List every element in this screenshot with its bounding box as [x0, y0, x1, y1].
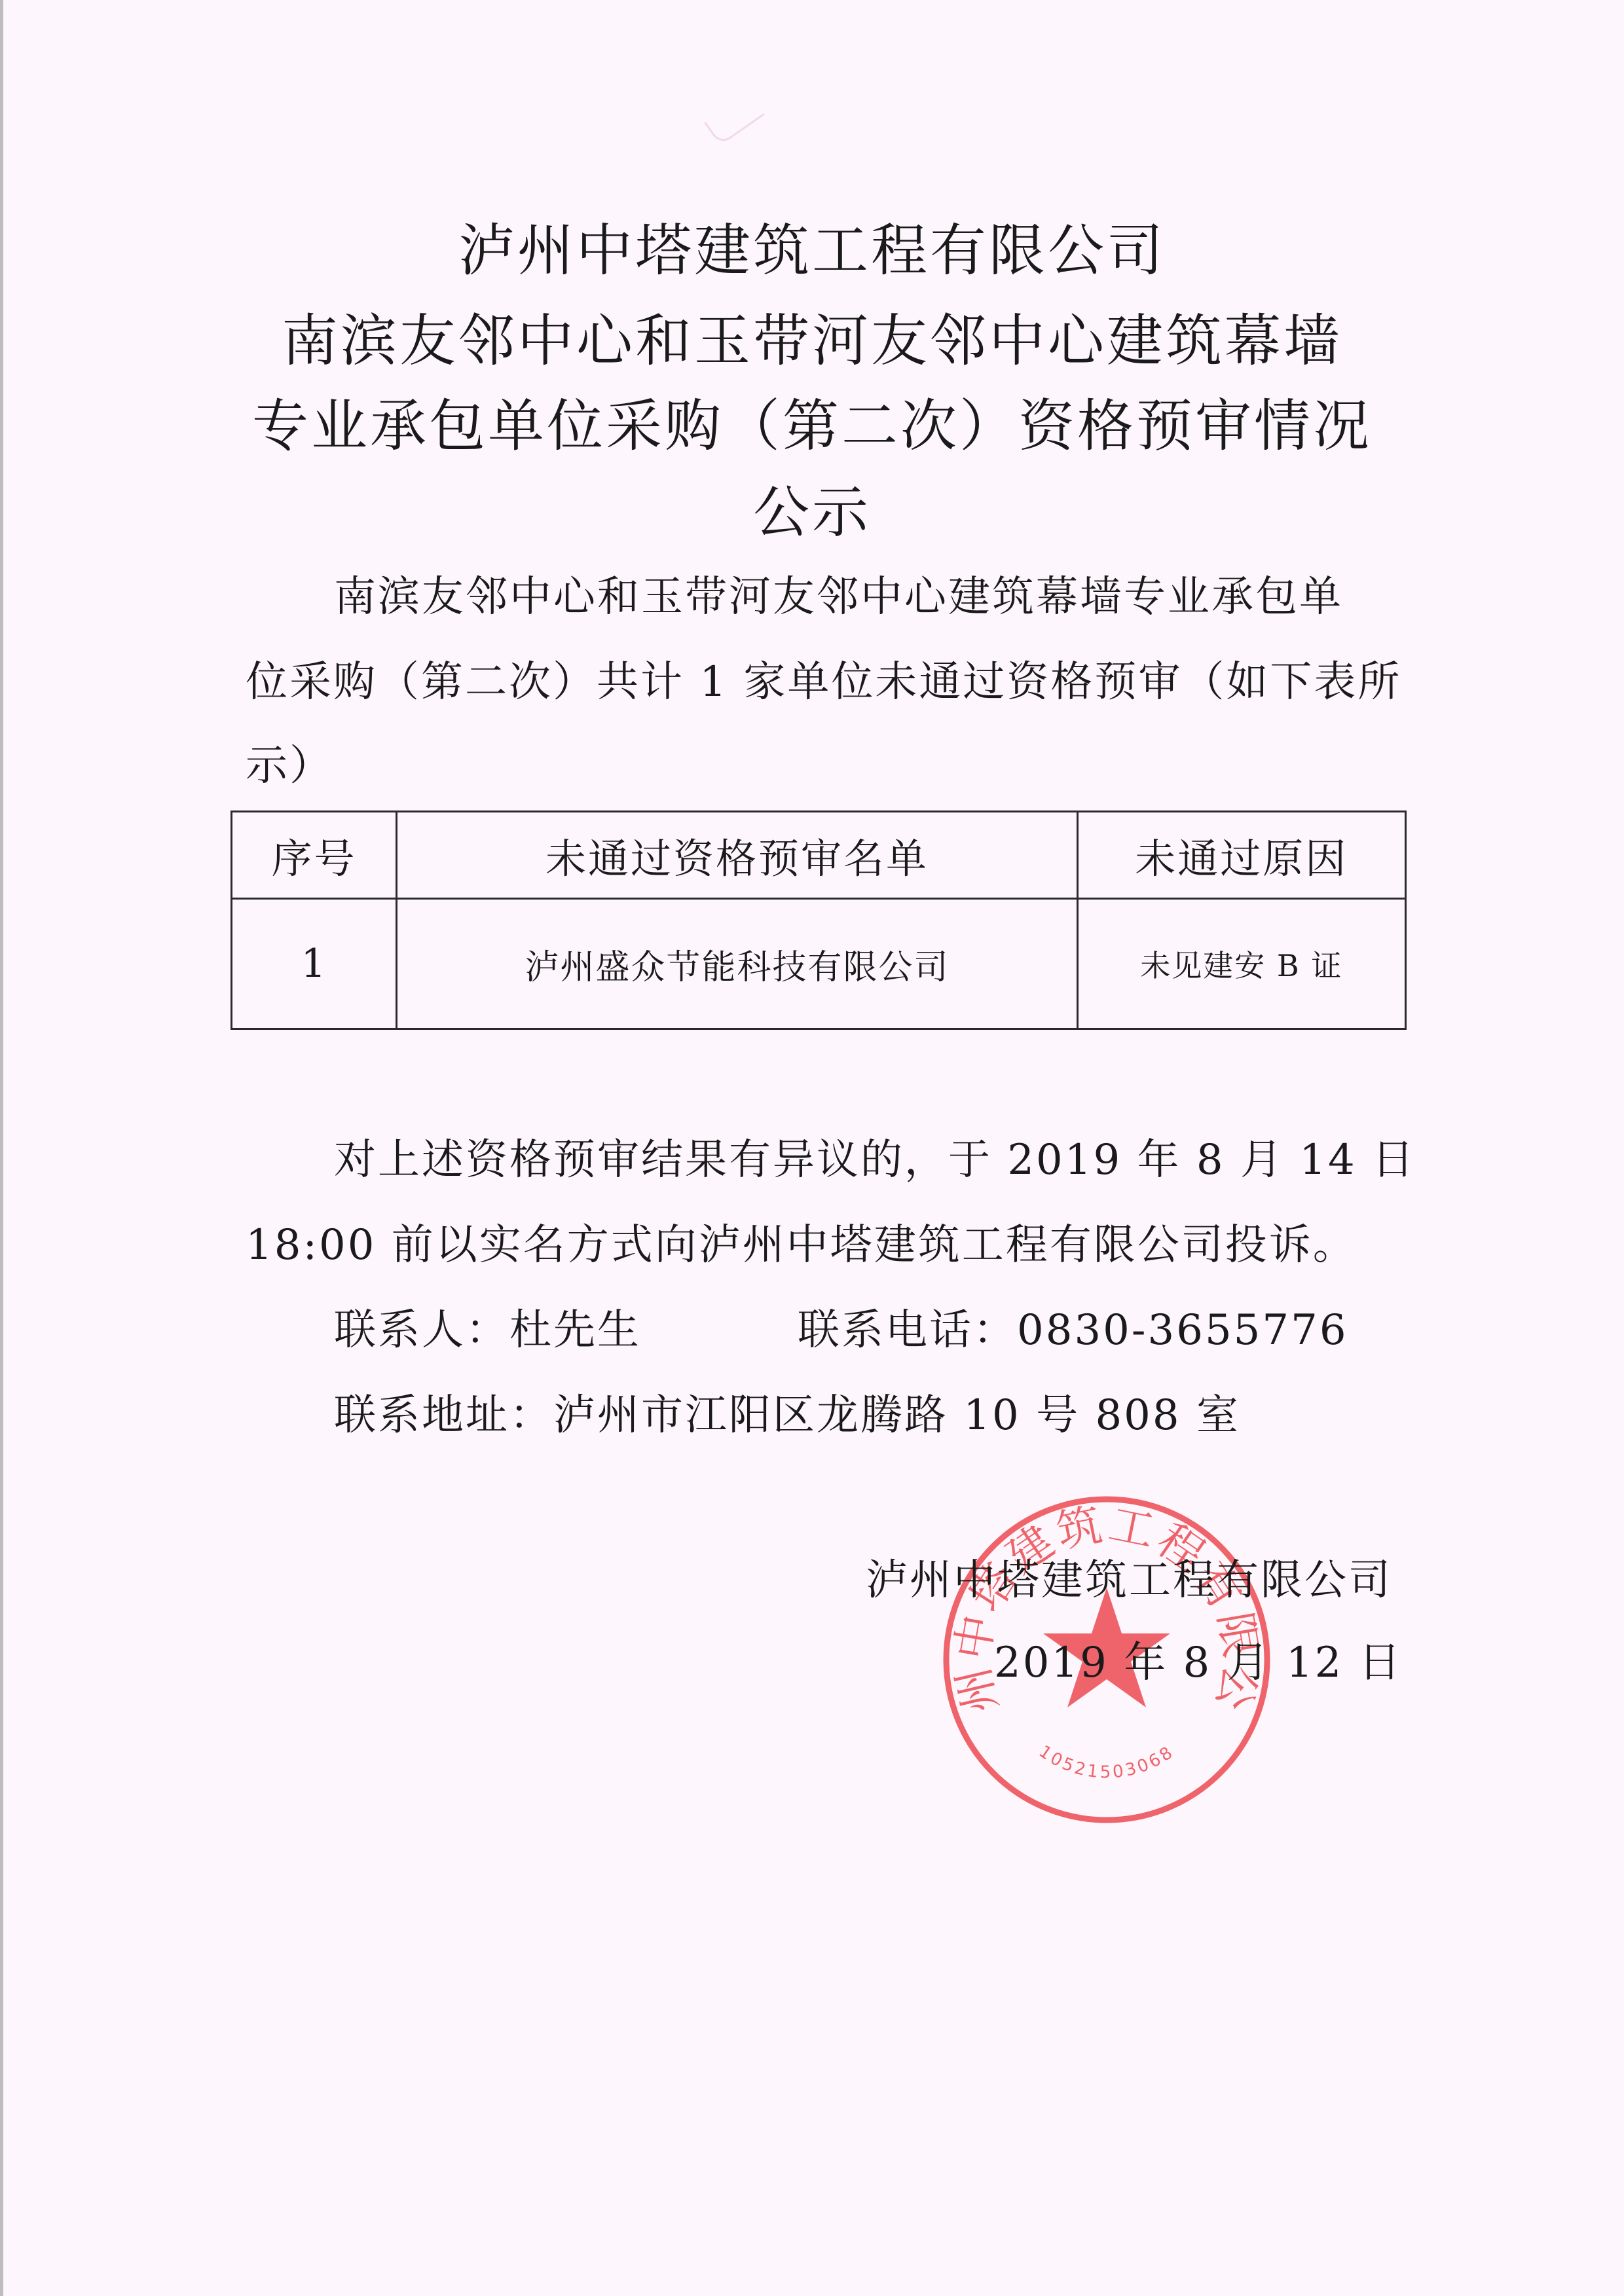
objection-line-2: 18:00 前以实名方式向泸州中塔建筑工程有限公司投诉。 [246, 1224, 1357, 1266]
title-line-2: 南滨友邻中心和玉带河友邻中心建筑幕墙 [0, 313, 1624, 369]
contact-person-value: 杜先生 [509, 1306, 641, 1355]
failed-prequalification-table: 序号 未通过资格预审名单 未通过原因 1 泸州盛众节能科技有限公司 未见建安 B… [231, 811, 1407, 1030]
contact-phone-label: 联系电话： [798, 1306, 1017, 1355]
header-index: 序号 [232, 812, 397, 899]
contact-person-label: 联系人： [334, 1306, 509, 1355]
intro-line-3: 示） [246, 745, 333, 787]
cell-index: 1 [232, 899, 397, 1029]
cell-company: 泸州盛众节能科技有限公司 [397, 899, 1077, 1029]
table-header-row: 序号 未通过资格预审名单 未通过原因 [232, 812, 1406, 899]
title-line-4: 公示 [0, 484, 1624, 541]
title-line-3: 专业承包单位采购（第二次）资格预审情况 [0, 398, 1624, 454]
signature-date: 2019 年 8 月 12 日 [994, 1642, 1403, 1684]
pencil-check-mark [704, 92, 765, 146]
contact-address-value: 泸州市江阳区龙腾路 10 号 808 室 [553, 1391, 1240, 1440]
intro-line-1: 南滨友邻中心和玉带河友邻中心建筑幕墙专业承包单 [334, 576, 1343, 618]
intro-line-2: 位采购（第二次）共计 1 家单位未通过资格预审（如下表所 [246, 661, 1401, 703]
signature-company: 泸州中塔建筑工程有限公司 [866, 1559, 1392, 1601]
objection-line-1: 对上述资格预审结果有异议的，于 2019 年 8 月 14 日 [334, 1139, 1416, 1181]
header-company: 未通过资格预审名单 [397, 812, 1077, 899]
contact-address-label: 联系地址： [334, 1391, 553, 1440]
title-line-1: 泸州中塔建筑工程有限公司 [0, 223, 1624, 279]
contact-person: 联系人：杜先生 [334, 1309, 641, 1351]
contact-address: 联系地址：泸州市江阳区龙腾路 10 号 808 室 [334, 1394, 1240, 1436]
header-reason: 未通过原因 [1077, 812, 1405, 899]
cell-reason: 未见建安 B 证 [1077, 899, 1405, 1029]
contact-phone: 联系电话：0830-3655776 [798, 1309, 1348, 1351]
contact-phone-value: 0830-3655776 [1017, 1306, 1348, 1355]
table-row: 1 泸州盛众节能科技有限公司 未见建安 B 证 [232, 899, 1406, 1029]
